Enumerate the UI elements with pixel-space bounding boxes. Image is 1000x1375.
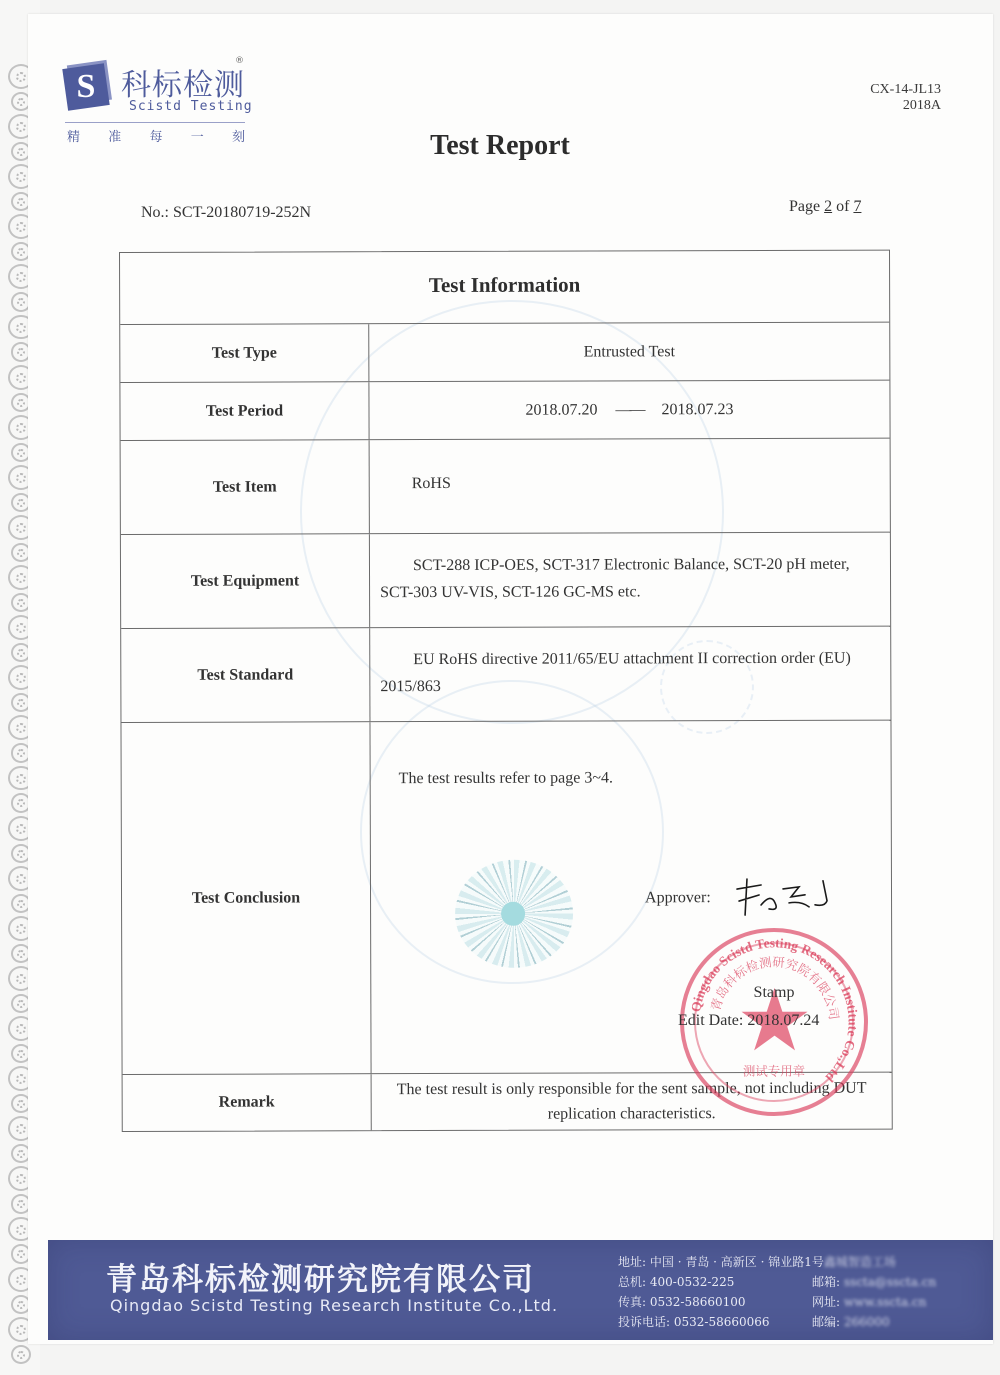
report-number: No.: SCT-20180719-252N xyxy=(141,204,311,222)
row-value: EU RoHS directive 2011/65/EU attachment … xyxy=(370,627,890,722)
conclusion-text: The test results refer to page 3~4. xyxy=(399,769,613,788)
row-label: Remark xyxy=(123,1074,372,1131)
period-start: 2018.07.20 xyxy=(525,401,597,419)
contact-info: 地址: 中国 · 青岛 · 高新区 · 锦业路1号鑫城智造工场 总机: 400-… xyxy=(618,1252,896,1332)
logo-name-cn: 科标检测 xyxy=(121,60,245,104)
row-label: Test Equipment xyxy=(121,534,370,628)
footer-company-en: Qingdao Scistd Testing Research Institut… xyxy=(110,1296,558,1315)
logo-name-en: Scistd Testing xyxy=(129,99,253,114)
fax-line: 传真: 0532-58660100 网址: www.sscta.cn xyxy=(618,1292,896,1312)
registered-mark: ® xyxy=(235,56,244,66)
logo-divider xyxy=(65,122,245,123)
table-row-test-period: Test Period 2018.07.20 —— 2018.07.23 xyxy=(120,381,889,441)
table-row-test-standard: Test Standard EU RoHS directive 2011/65/… xyxy=(121,627,890,723)
spiral-coil-icon xyxy=(11,1345,31,1364)
page-title: Test Report xyxy=(0,130,1000,162)
row-value: SCT-288 ICP-OES, SCT-317 Electronic Bala… xyxy=(370,533,890,628)
row-label: Test Period xyxy=(120,382,369,440)
document-code: CX-14-JL13 2018A xyxy=(870,82,941,114)
complaint-line: 投诉电话: 0532-58660066 邮编: 266000 xyxy=(618,1312,896,1332)
form-version: 2018A xyxy=(870,98,941,114)
row-label: Test Standard xyxy=(121,628,370,722)
table-row-test-type: Test Type Entrusted Test xyxy=(120,323,889,383)
signature-icon xyxy=(731,875,849,919)
stamp-label: Stamp xyxy=(680,984,868,1002)
page-indicator: Page 2 of 7 xyxy=(789,198,861,216)
row-label: Test Conclusion xyxy=(121,722,371,1074)
table-row-test-item: Test Item RoHS xyxy=(121,439,890,535)
period-separator: —— xyxy=(615,401,643,419)
footer-company-cn: 青岛科标检测研究院有限公司 xyxy=(106,1254,535,1299)
row-value: Entrusted Test xyxy=(369,323,889,382)
form-code: CX-14-JL13 xyxy=(870,82,941,98)
row-value: RoHS xyxy=(370,439,890,534)
footer-banner: 青岛科标检测研究院有限公司 Qingdao Scistd Testing Res… xyxy=(48,1240,993,1340)
row-value: 2018.07.20 —— 2018.07.23 xyxy=(369,381,889,440)
phone-line: 总机: 400-0532-225 邮箱: sscta@sscta.cn xyxy=(618,1272,896,1292)
row-label: Test Item xyxy=(121,440,370,534)
address-line: 地址: 中国 · 青岛 · 高新区 · 锦业路1号鑫城智造工场 xyxy=(618,1252,896,1272)
logo-mark-icon: S xyxy=(62,63,109,110)
edit-date: Edit Date: 2018.07.24 xyxy=(678,1012,819,1030)
table-heading: Test Information xyxy=(120,251,889,325)
table-row-test-equipment: Test Equipment SCT-288 ICP-OES, SCT-317 … xyxy=(121,533,890,629)
hologram-seal-icon xyxy=(455,860,573,968)
stamp-text: Stamp Edit Date: 2018.07.24 xyxy=(680,928,868,1116)
period-end: 2018.07.23 xyxy=(661,401,733,419)
row-label: Test Type xyxy=(120,324,369,382)
approver-label: Approver: xyxy=(645,889,711,907)
